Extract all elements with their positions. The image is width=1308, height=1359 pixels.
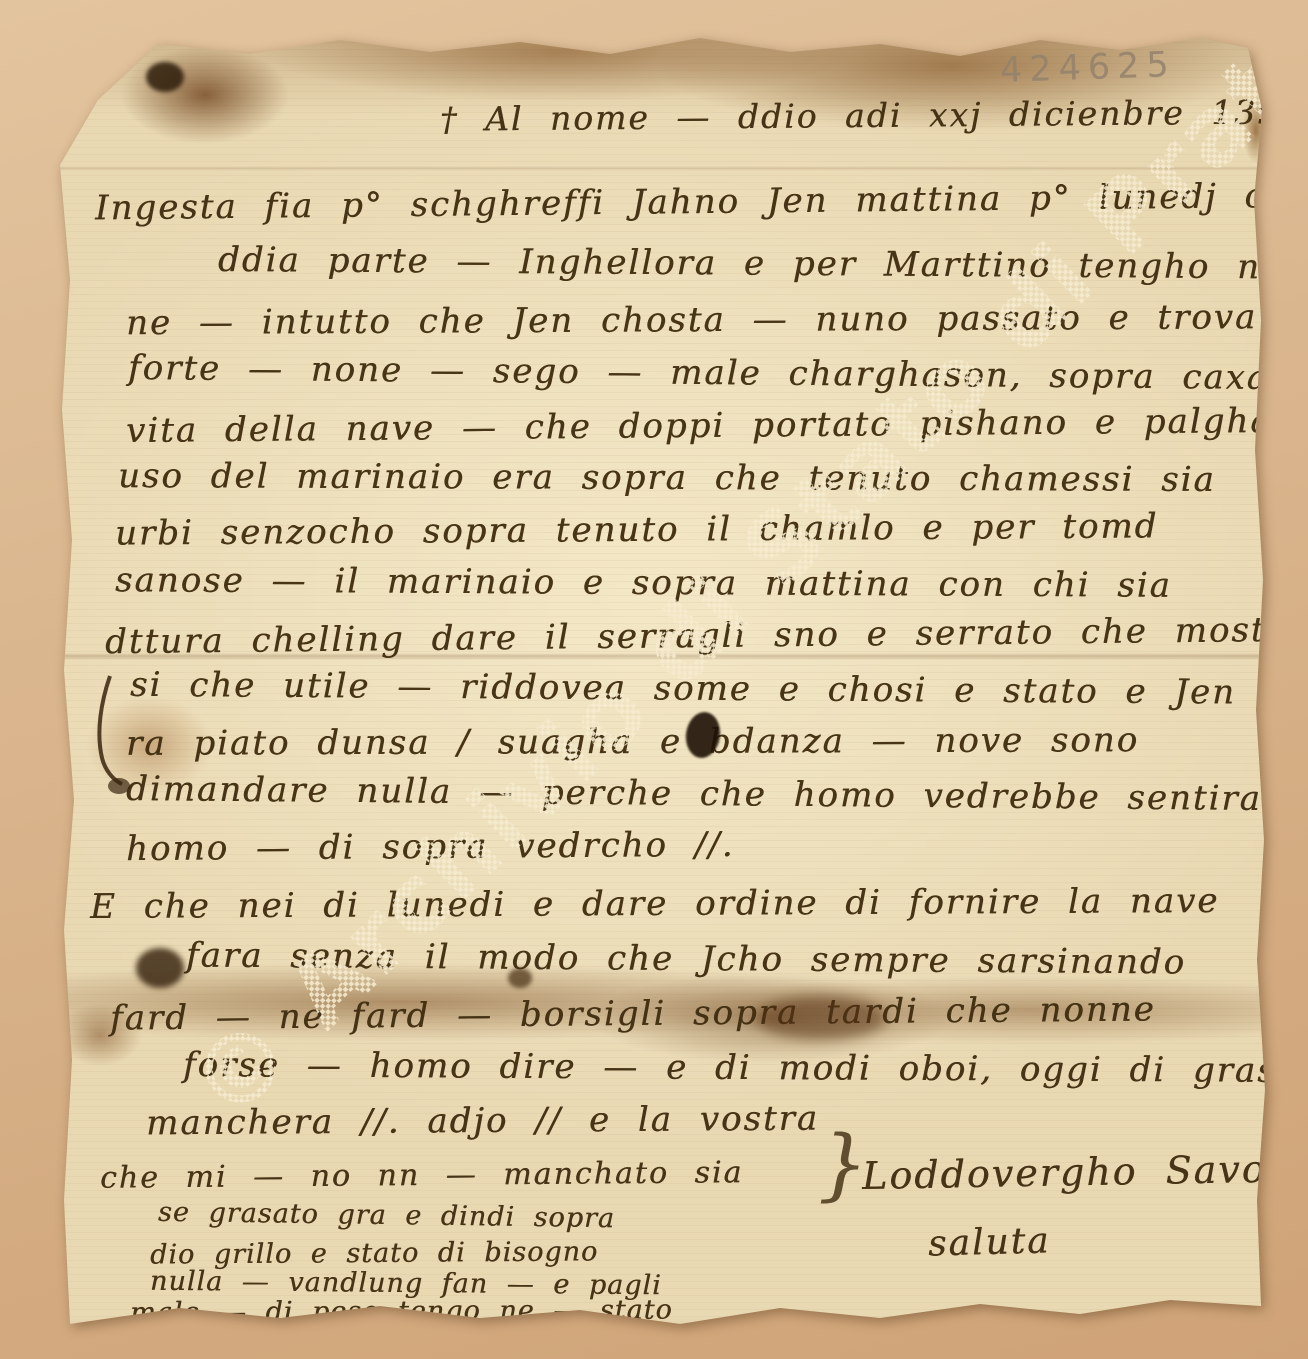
manuscript-line: ddia parte — Inghellora e per Marttino t…: [218, 240, 1308, 288]
manuscript-line: che mi — no nn — manchato sia: [100, 1155, 744, 1196]
manuscript-line: dttura chelling dare il serragli sno e s…: [105, 610, 1307, 663]
manuscript-line: forte — none — sego — male charghason, s…: [128, 348, 1269, 398]
paper-fiber: [86, 670, 166, 810]
fold-stain: [756, 996, 886, 1040]
signature-closing: saluta: [927, 1220, 1051, 1264]
manuscript-line: vita della nave — che doppi portato pish…: [126, 401, 1273, 451]
manuscript-line: manchera //. adjo // e la vostra: [146, 1099, 819, 1144]
scan-canvas: { "surface": { "mount_color": "#d9b48c",…: [0, 0, 1308, 1359]
manuscript-paper-shadow: 424625 † Al nome — ddio adi xxj dicienbr…: [0, 0, 1308, 1359]
manuscript-paper: 424625 † Al nome — ddio adi xxj dicienbr…: [0, 0, 1308, 1359]
manuscript-line: male — di peso tengo ne — stato: [130, 1295, 673, 1329]
archive-number-stamp: 424625: [999, 45, 1176, 91]
manuscript-line: Ingesta fia p° schghreffi Jahno Jen matt…: [95, 176, 1308, 229]
ink-blot: [146, 62, 184, 92]
manuscript-line: E che nei di lunedi e dare ordine di for…: [90, 881, 1220, 927]
manuscript-line: dimandare nulla — perche che homo vedreb…: [126, 769, 1262, 819]
manuscript-line: fard — ne fard — borsigli sopra tardi ch…: [110, 989, 1156, 1038]
manuscript-line: sanose — il marinaio e sopra mattina con…: [115, 560, 1172, 606]
manuscript-line: homo — di sopra vedrcho //.: [126, 825, 735, 869]
dateline: † Al nome — ddio adi xxj dicienbre 1392: [440, 92, 1303, 139]
manuscript-line: se grasato gra e dindi sopra: [158, 1197, 615, 1234]
manuscript-line: uso del marinaio era sopra che tenuto ch…: [118, 456, 1216, 500]
manuscript-line: ra piato dunsa / suagha e bdanza — nove …: [126, 720, 1139, 764]
ink-blot: [508, 968, 532, 988]
manuscript-line: urbi senzocho sopra tenuto il chamlo e p…: [115, 506, 1159, 553]
manuscript-line: forse — homo dire — e di modi oboi, oggi…: [183, 1045, 1299, 1091]
signature-name: Loddovergho Savona: [862, 1146, 1308, 1198]
ink-blot: [136, 948, 184, 988]
manuscript-line: fara senza il modo che Jcho sempre sarsi…: [186, 936, 1186, 983]
manuscript-line: si che utile — riddovea some e chosi e s…: [130, 665, 1308, 713]
manuscript-line: ne — intutto che Jen chosta — nuno passa…: [126, 297, 1308, 343]
